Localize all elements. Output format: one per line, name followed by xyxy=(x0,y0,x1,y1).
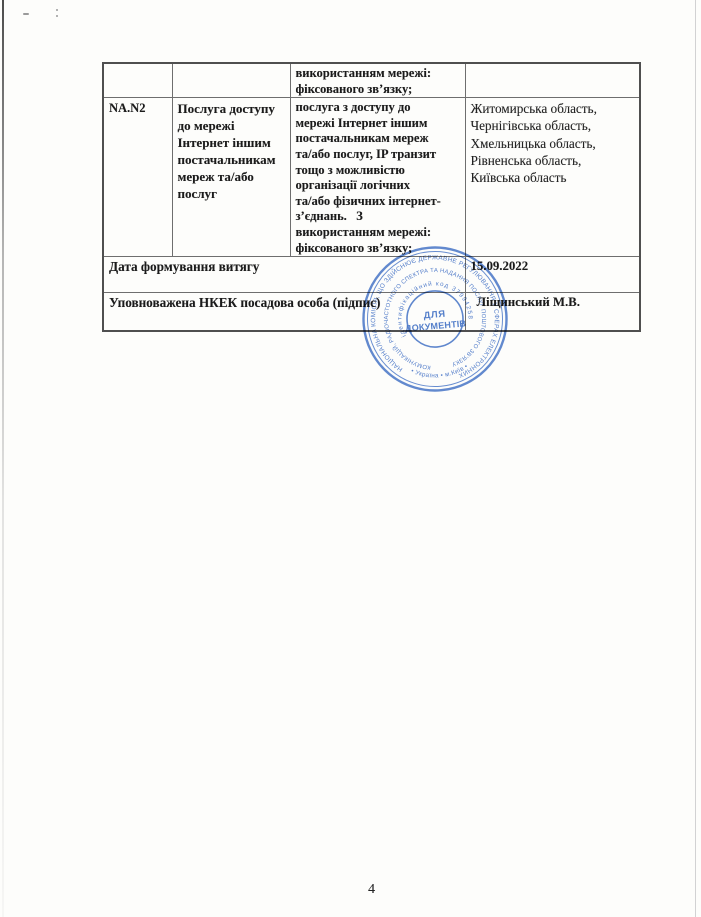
cell-service-empty xyxy=(172,63,290,98)
scanned-document-page: використанням мережі: фіксованого зв’язк… xyxy=(0,0,701,917)
scan-left-edge-line xyxy=(2,0,4,917)
cell-regions: Житомирська область, Чернігівська област… xyxy=(465,98,640,257)
scan-speck xyxy=(56,15,58,17)
stamp-center-text-line2: ДОКУМЕНТІВ xyxy=(405,318,467,333)
cell-service: Послуга доступу до мережі Інтернет іншим… xyxy=(172,98,290,257)
scan-right-edge-line xyxy=(695,0,696,917)
table-row-carryover: використанням мережі: фіксованого зв’язк… xyxy=(103,63,640,98)
official-round-stamp: НАЦІОНАЛЬНА КОМІСІЯ, ЩО ЗДІЙСНЮЄ ДЕРЖАВН… xyxy=(355,239,515,399)
cell-code-empty xyxy=(103,63,172,98)
cell-description-carryover: використанням мережі: фіксованого зв’язк… xyxy=(290,63,465,98)
cell-regions-empty xyxy=(465,63,640,98)
cell-code: NA.N2 xyxy=(103,98,172,257)
scan-speck xyxy=(56,9,58,11)
table-row: NA.N2 Послуга доступу до мережі Інтернет… xyxy=(103,98,640,257)
scan-speck xyxy=(23,13,29,15)
page-number: 4 xyxy=(368,882,375,898)
cell-description: послуга з доступу до мережі Інтернет інш… xyxy=(290,98,465,257)
